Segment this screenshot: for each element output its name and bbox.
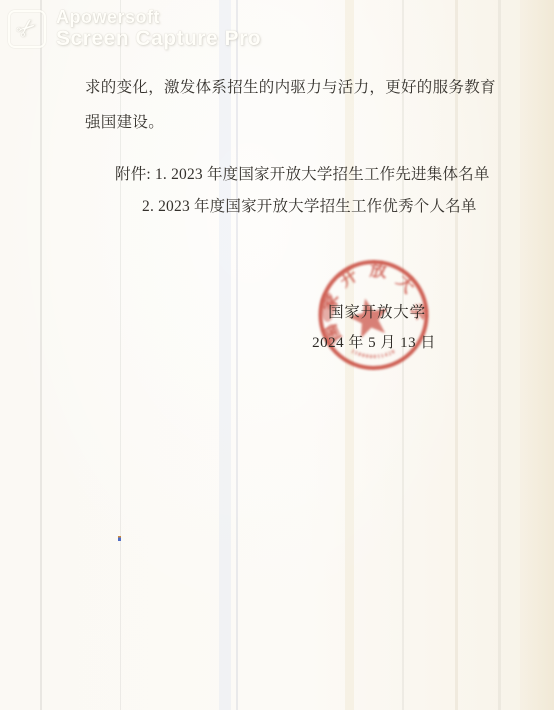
seal-char: 放 xyxy=(369,259,388,281)
scan-streak xyxy=(236,0,238,710)
paragraph-line: 强国建设。 xyxy=(85,110,164,132)
scan-streak xyxy=(120,0,121,710)
watermark-brand: Apowersoft xyxy=(56,7,261,27)
attachment-line-1: 附件: 1. 2023 年度国家开放大学招生工作先进集体名单 xyxy=(115,162,490,184)
seal-char: 开 xyxy=(336,265,361,290)
signature-org-name: 国家开放大学 xyxy=(328,300,426,322)
scissors-glyph: ✂ xyxy=(12,13,43,44)
attachment-line-2: 2. 2023 年度国家开放大学招生工作优秀个人名单 xyxy=(142,194,477,216)
scan-streak xyxy=(40,0,42,710)
scan-streak xyxy=(219,0,231,710)
watermark-product: Screen Capture Pro xyxy=(56,27,261,50)
scan-artifact xyxy=(118,536,121,541)
scanned-document-page: ✂ Apowersoft Screen Capture Pro 求的变化，激发体… xyxy=(0,0,554,710)
paragraph-line: 求的变化，激发体系招生的内驱力与活力，更好的服务教育 xyxy=(85,78,515,98)
scan-streak xyxy=(455,0,458,710)
signature-date: 2024 年 5 月 13 日 xyxy=(312,331,436,352)
screen-capture-watermark: ✂ Apowersoft Screen Capture Pro xyxy=(8,7,261,50)
scissors-icon: ✂ xyxy=(8,10,46,48)
scan-streak xyxy=(520,0,554,710)
seal-char: 大 xyxy=(393,271,419,297)
scan-streak xyxy=(498,0,501,710)
watermark-text: Apowersoft Screen Capture Pro xyxy=(56,7,261,50)
